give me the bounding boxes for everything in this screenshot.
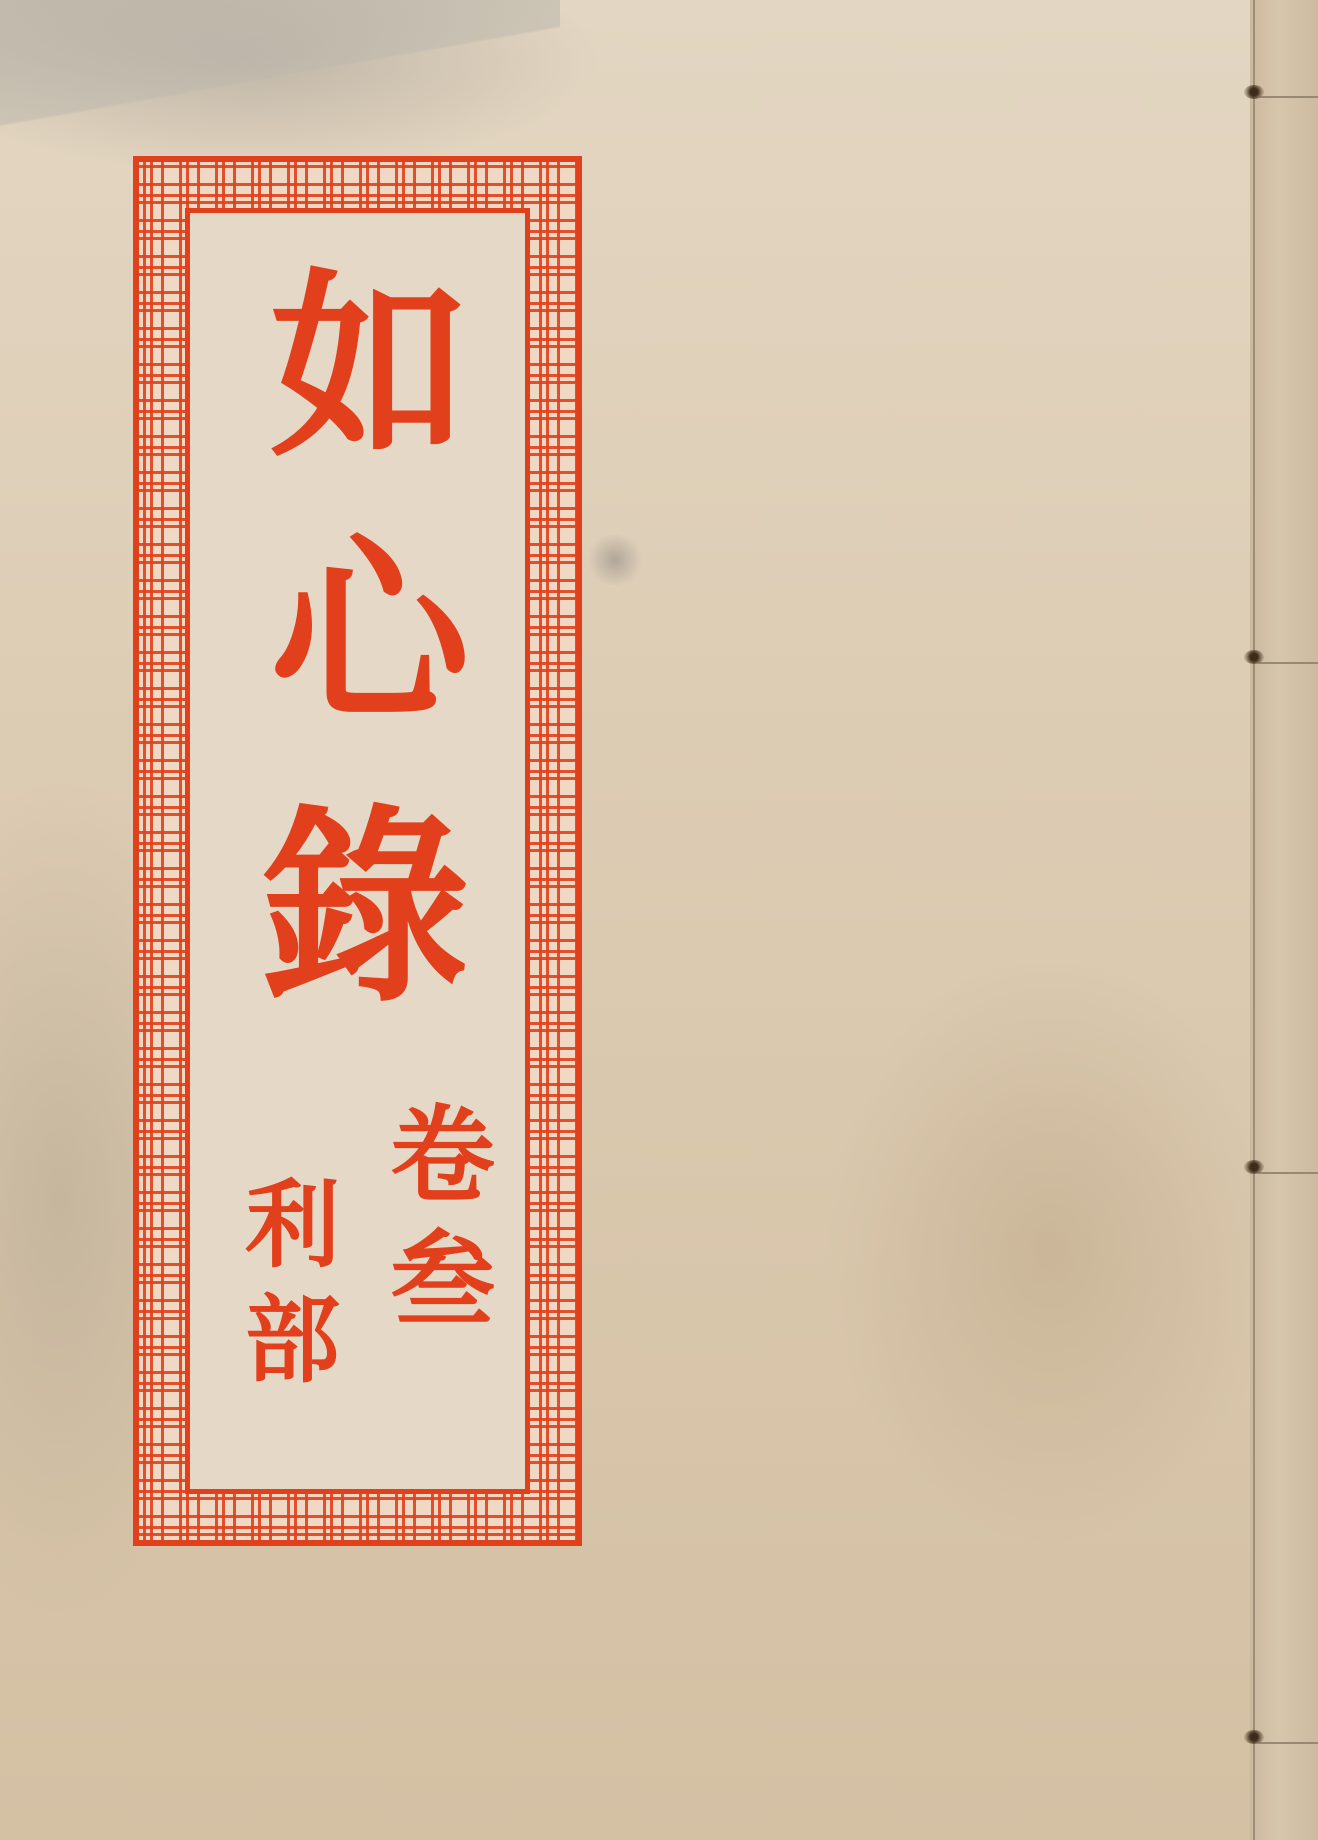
stitch-thread: [1258, 1172, 1318, 1174]
binding-strip: [1250, 0, 1318, 1840]
section-char: 利: [245, 1178, 340, 1273]
binding-thread: [1253, 0, 1255, 1840]
volume-char: 叁: [390, 1228, 495, 1333]
title-label: 如 心 錄 卷 叁 利 部: [185, 208, 530, 1494]
volume-char: 卷: [390, 1103, 495, 1208]
book-cover-page: 如 心 錄 卷 叁 利 部: [0, 0, 1318, 1840]
section-char: 部: [245, 1293, 340, 1388]
stitch-thread: [1258, 1742, 1318, 1744]
stitch-thread: [1258, 662, 1318, 664]
title-char: 錄: [260, 803, 470, 1013]
stitch-thread: [1258, 96, 1318, 98]
title-label-frame: 如 心 錄 卷 叁 利 部: [133, 156, 582, 1546]
ink-smudge: [585, 535, 645, 585]
title-char: 心: [270, 533, 470, 733]
torn-top-edge: [0, 0, 560, 150]
title-char: 如: [270, 268, 470, 468]
